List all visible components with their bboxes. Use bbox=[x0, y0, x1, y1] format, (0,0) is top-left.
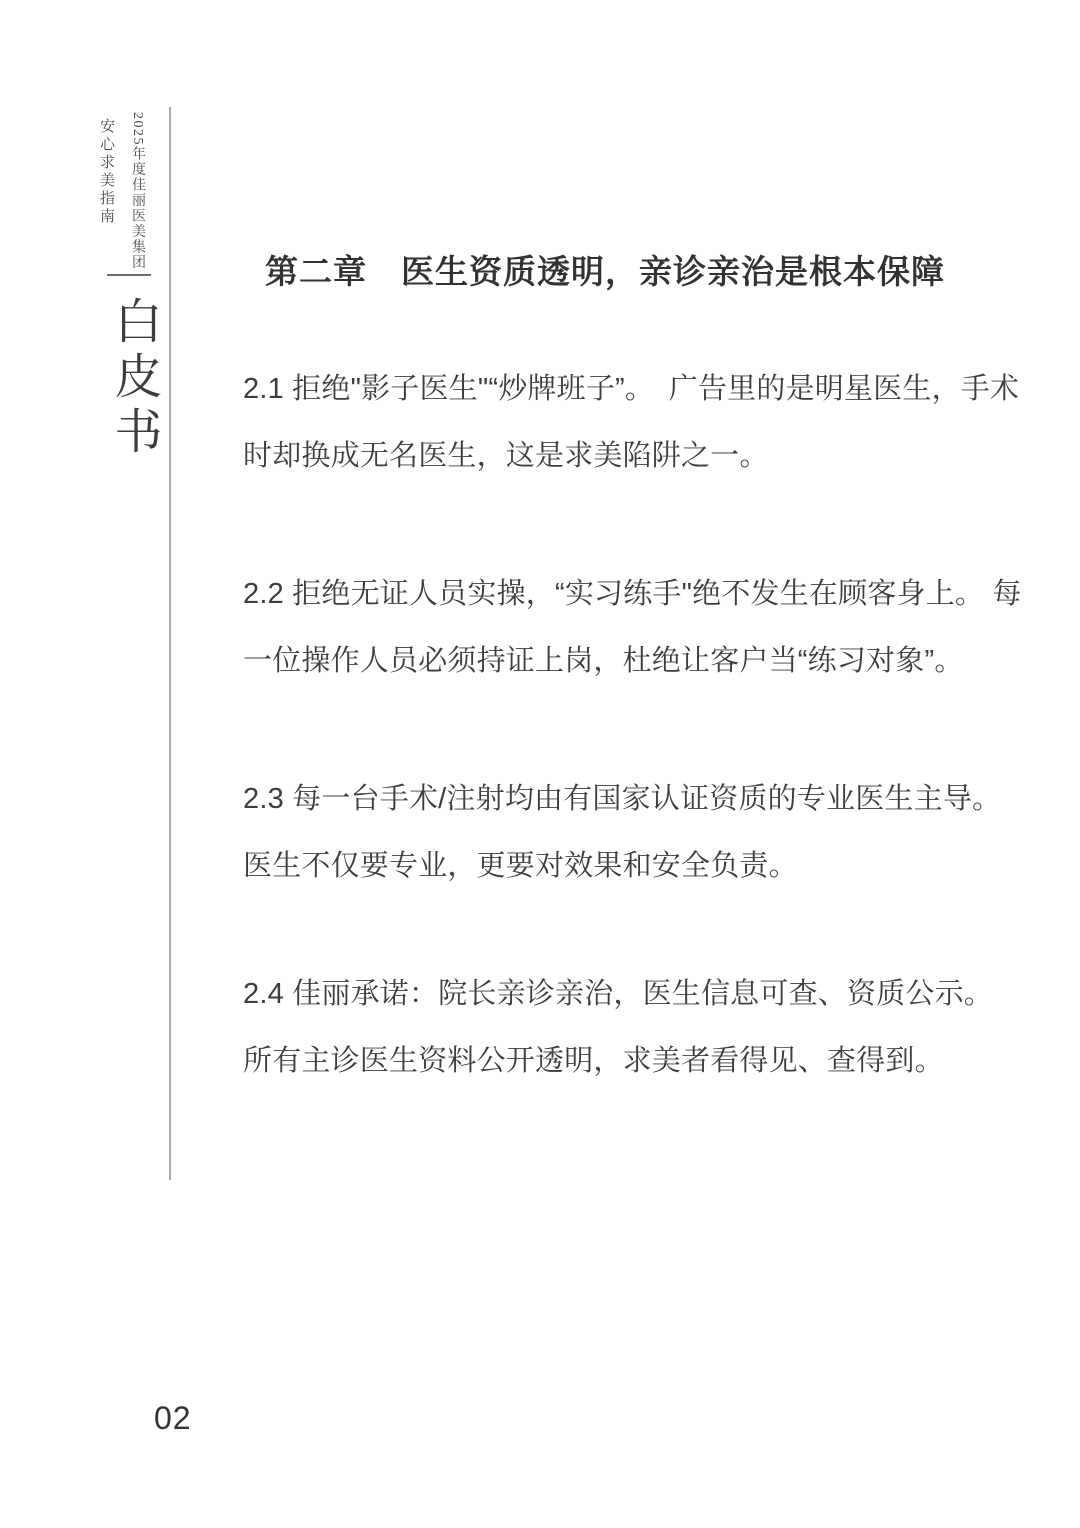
page-number: 02 bbox=[154, 1400, 192, 1437]
paragraph-2-2-line-2: 一位操作人员必须持证上岗，杜绝让客户当“练习对象”。 bbox=[243, 628, 983, 695]
sidebar-meta-text: 2025年度佳丽医美集团 安心求美指南 bbox=[96, 112, 147, 270]
paragraph-2-4-line-2: 所有主诊医生资料公开透明，求美者看得见、查得到。 bbox=[243, 1028, 983, 1095]
paragraph-2-2-line-1: 2.2 拒绝无证人员实操，“实习练手"绝不发生在顾客身上。 每 bbox=[243, 561, 983, 628]
paragraph-2-3-line-1: 2.3 每一台手术/注射均由有国家认证资质的专业医生主导。 bbox=[243, 766, 983, 833]
paragraph-2-1: 2.1 拒绝"影子医生"“炒牌班子”。 广告里的是明星医生，手术 时却换成无名医… bbox=[243, 356, 983, 490]
sidebar-vertical-rule bbox=[169, 107, 171, 1180]
chapter-heading: 第二章 医生资质透明，亲诊亲治是根本保障 bbox=[243, 246, 967, 293]
sidebar-meta-guide-name: 安心求美指南 bbox=[96, 112, 117, 270]
paragraph-2-4: 2.4 佳丽承诺：院长亲诊亲治，医生信息可查、资质公示。 所有主诊医生资料公开透… bbox=[243, 961, 983, 1095]
paragraph-2-3: 2.3 每一台手术/注射均由有国家认证资质的专业医生主导。 医生不仅要专业，更要… bbox=[243, 766, 983, 900]
paragraph-2-3-line-2: 医生不仅要专业，更要对效果和安全负责。 bbox=[243, 833, 983, 900]
paragraph-2-2: 2.2 拒绝无证人员实操，“实习练手"绝不发生在顾客身上。 每 一位操作人员必须… bbox=[243, 561, 983, 695]
paragraph-2-1-line-2: 时却换成无名医生，这是求美陷阱之一。 bbox=[243, 423, 983, 490]
sidebar-dash-divider bbox=[107, 274, 151, 276]
book-title-vertical: 白皮书 bbox=[99, 296, 168, 461]
whitepaper-page: 2025年度佳丽医美集团 安心求美指南 白皮书 第二章 医生资质透明，亲诊亲治是… bbox=[0, 0, 1080, 1528]
sidebar-meta-group-name: 2025年度佳丽医美集团 bbox=[127, 112, 147, 270]
paragraph-2-4-line-1: 2.4 佳丽承诺：院长亲诊亲治，医生信息可查、资质公示。 bbox=[243, 961, 983, 1028]
paragraph-2-1-line-1: 2.1 拒绝"影子医生"“炒牌班子”。 广告里的是明星医生，手术 bbox=[243, 356, 983, 423]
